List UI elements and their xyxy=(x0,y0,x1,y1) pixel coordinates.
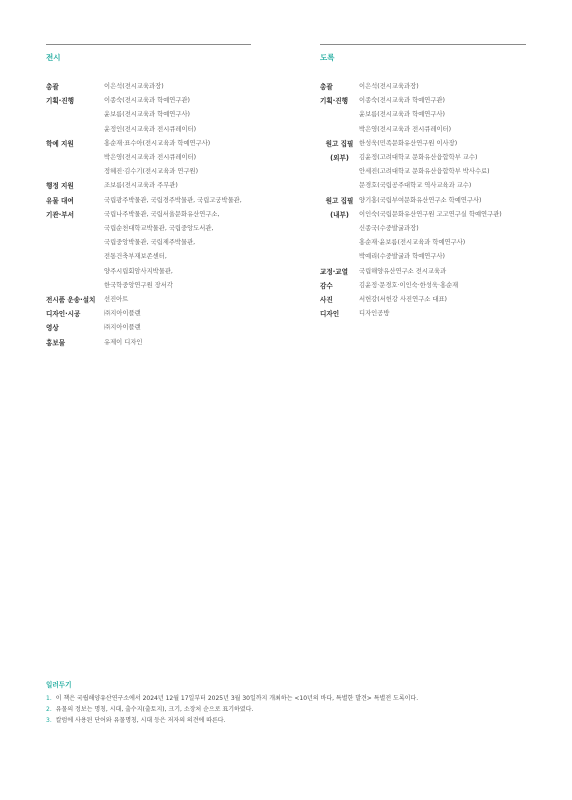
credit-value: 김윤정·문경호·이인숙·한성욱·홍순재 xyxy=(359,279,526,293)
credit-label: 감수 xyxy=(320,279,359,293)
catalog-credits-section: 도록 총괄 이은석(전시교육과장) 기획·진행 이종숙(전시교육과 학예연구관)… xyxy=(320,44,526,321)
credit-row-admin-support: 행정 지원 조보름(전시교육과 주무관) xyxy=(46,179,251,193)
credit-row-planning: 기획·진행 이종숙(전시교육과 학예연구관) 윤보름(전시교육과 학예연구사) … xyxy=(46,94,251,137)
credit-label-line: (내부) xyxy=(320,208,359,222)
note-text: 칼럼에 사용된 단어와 유물명칭, 시대 등은 저자의 의견에 따른다. xyxy=(56,717,226,724)
credit-value: 양기홍(국립부여문화유산연구소 학예연구사) xyxy=(359,194,526,208)
credit-row-supervision: 감수 김윤정·문경호·이인숙·한성욱·홍순재 xyxy=(320,279,526,293)
exhibition-credits-list: 총괄 이은석(전시교육과장) 기획·진행 이종숙(전시교육과 학예연구관) 윤보… xyxy=(46,80,251,350)
credit-row-writers-external: 원고 집필 (외부) 한성욱(민족문화유산연구원 이사장) 김윤정(고려대학교 … xyxy=(320,137,526,194)
credit-value: 이인숙(국립문화유산연구원 고고연구실 학예연구관) xyxy=(359,208,526,222)
catalog-credits-list: 총괄 이은석(전시교육과장) 기획·진행 이종숙(전시교육과 학예연구관) 윤보… xyxy=(320,80,526,321)
credit-value: 박은영(전시교육과 전시큐레이터) xyxy=(359,123,526,137)
credit-value: 신종국(수중발굴과장) xyxy=(359,222,526,236)
credit-label-line: 원고 집필 xyxy=(320,194,359,208)
credit-label: 디자인 xyxy=(320,307,359,321)
note-item: 3.칼럼에 사용된 단어와 유물명칭, 시대 등은 저자의 의견에 따른다. xyxy=(46,715,526,726)
credit-row-director: 총괄 이은석(전시교육과장) xyxy=(46,80,251,94)
notes-title: 일러두기 xyxy=(46,679,526,691)
credit-label: 사진 xyxy=(320,293,359,307)
credit-label: 행정 지원 xyxy=(46,179,104,193)
credit-value: 국립중앙박물관, 국립제주박물관, xyxy=(104,236,251,250)
credit-row-writers-internal: 원고 집필 (내부) 양기홍(국립부여문화유산연구소 학예연구사) 이인숙(국립… xyxy=(320,194,526,265)
credit-row-transport-installation: 전시품 운송·설치 선진아트 xyxy=(46,293,251,307)
credit-value: 김윤정(고려대학교 문화유산융합학부 교수) xyxy=(359,151,526,165)
credit-label: 원고 집필 (내부) xyxy=(320,194,359,222)
credit-value: 안세진(고려대학교 문화유산융합학부 박사수료) xyxy=(359,165,526,179)
note-item: 2.유물의 정보는 명칭, 시대, 출수지(출토지), 크기, 소장처 순으로 … xyxy=(46,704,526,715)
credit-value: ㈜지아이플랜 xyxy=(104,321,251,335)
credit-value: 박은영(전시교육과 전시큐레이터) xyxy=(104,151,251,165)
credit-row-planning: 기획·진행 이종숙(전시교육과 학예연구관) 윤보름(전시교육과 학예연구사) … xyxy=(320,94,526,137)
section-divider xyxy=(320,44,526,45)
credit-value: 이은석(전시교육과장) xyxy=(104,80,251,94)
credit-row-photography: 사진 서헌강(서헌강 사진연구소 대표) xyxy=(320,293,526,307)
credit-value: 디자인공방 xyxy=(359,307,526,321)
credit-value: 전통건축부재보존센터, xyxy=(104,250,251,264)
credit-label: 기획·진행 xyxy=(46,94,104,108)
credit-label: 기획·진행 xyxy=(320,94,359,108)
credit-label-line: 원고 집필 xyxy=(320,137,359,151)
credit-value: 이종숙(전시교육과 학예연구관) xyxy=(359,94,526,108)
credit-value: 국립순천대학교박물관, 국립중앙도서관, xyxy=(104,222,251,236)
section-divider xyxy=(46,44,251,45)
credit-row-proofreading: 교정·교열 국립해양유산연구소 전시교육과 xyxy=(320,265,526,279)
credit-label: 교정·교열 xyxy=(320,265,359,279)
credit-label: 영상 xyxy=(46,321,104,335)
credit-value: 홍순재·윤보름(전시교육과 학예연구사) xyxy=(359,236,526,250)
note-text: 이 책은 국립해양유산연구소에서 2024년 12월 17일부터 2025년 3… xyxy=(56,695,418,702)
credit-row-curatorial-support: 학예 지원 홍순재·표수아(전시교육과 학예연구사) 박은영(전시교육과 전시큐… xyxy=(46,137,251,180)
section-title-exhibition: 전시 xyxy=(46,52,251,64)
credit-row-director: 총괄 이은석(전시교육과장) xyxy=(320,80,526,94)
credit-value: 홍순재·표수아(전시교육과 학예연구사) xyxy=(104,137,251,151)
credit-value: 윤보름(전시교육과 학예연구사) xyxy=(104,108,251,122)
note-item: 1.이 책은 국립해양유산연구소에서 2024년 12월 17일부터 2025년… xyxy=(46,693,526,704)
credit-label-line: 기관·부서 xyxy=(46,208,104,222)
credit-row-promotion: 홍보물 유제이 디자인 xyxy=(46,336,251,350)
exhibition-credits-section: 전시 총괄 이은석(전시교육과장) 기획·진행 이종숙(전시교육과 학예연구관)… xyxy=(46,44,251,350)
note-number: 3. xyxy=(46,717,52,724)
note-number: 2. xyxy=(46,706,52,713)
credit-value: 박예리(수중발굴과 학예연구사) xyxy=(359,250,526,264)
credit-label: 전시품 운송·설치 xyxy=(46,293,104,307)
credit-row-design-construction: 디자인·시공 ㈜지아이플랜 xyxy=(46,307,251,321)
credit-label: 홍보물 xyxy=(46,336,104,350)
section-title-catalog: 도록 xyxy=(320,52,526,64)
note-text: 유물의 정보는 명칭, 시대, 출수지(출토지), 크기, 소장처 순으로 표기… xyxy=(56,706,254,713)
credit-label: 총괄 xyxy=(46,80,104,94)
credit-label-line: 유물 대여 xyxy=(46,194,104,208)
credit-value: 윤보름(전시교육과 학예연구사) xyxy=(359,108,526,122)
credit-value: 한국학중앙연구원 장서각 xyxy=(104,279,251,293)
credit-value: 국립해양유산연구소 전시교육과 xyxy=(359,265,526,279)
credit-value: 유제이 디자인 xyxy=(104,336,251,350)
credit-value: 문경호(국립공주대학교 역사교육과 교수) xyxy=(359,179,526,193)
note-number: 1. xyxy=(46,695,52,702)
credit-label: 디자인·시공 xyxy=(46,307,104,321)
credit-value: 국립광주박물관, 국립경주박물관, 국립고궁박물관, xyxy=(104,194,251,208)
credit-label: 원고 집필 (외부) xyxy=(320,137,359,165)
credit-value: 선진아트 xyxy=(104,293,251,307)
credit-value: 이은석(전시교육과장) xyxy=(359,80,526,94)
notes-section: 일러두기 1.이 책은 국립해양유산연구소에서 2024년 12월 17일부터 … xyxy=(46,679,526,726)
credit-value: 서헌강(서헌강 사진연구소 대표) xyxy=(359,293,526,307)
credit-value: ㈜지아이플랜 xyxy=(104,307,251,321)
credit-value: 정혜진·김수기(전시교육과 연구원) xyxy=(104,165,251,179)
credit-row-lending-institutions: 유물 대여 기관·부서 국립광주박물관, 국립경주박물관, 국립고궁박물관, 국… xyxy=(46,194,251,293)
credit-value: 양주시립회암사지박물관, xyxy=(104,265,251,279)
credit-value: 조보름(전시교육과 주무관) xyxy=(104,179,251,193)
credit-label: 총괄 xyxy=(320,80,359,94)
credit-value: 한성욱(민족문화유산연구원 이사장) xyxy=(359,137,526,151)
credit-value: 국립나주박물관, 국립서울문화유산연구소, xyxy=(104,208,251,222)
credit-row-design: 디자인 디자인공방 xyxy=(320,307,526,321)
credit-row-video: 영상 ㈜지아이플랜 xyxy=(46,321,251,335)
credit-label: 유물 대여 기관·부서 xyxy=(46,194,104,222)
credit-label-line: (외부) xyxy=(320,151,359,165)
credit-value: 윤정인(전시교육과 전시큐레이터) xyxy=(104,123,251,137)
credit-value: 이종숙(전시교육과 학예연구관) xyxy=(104,94,251,108)
credit-label: 학예 지원 xyxy=(46,137,104,151)
